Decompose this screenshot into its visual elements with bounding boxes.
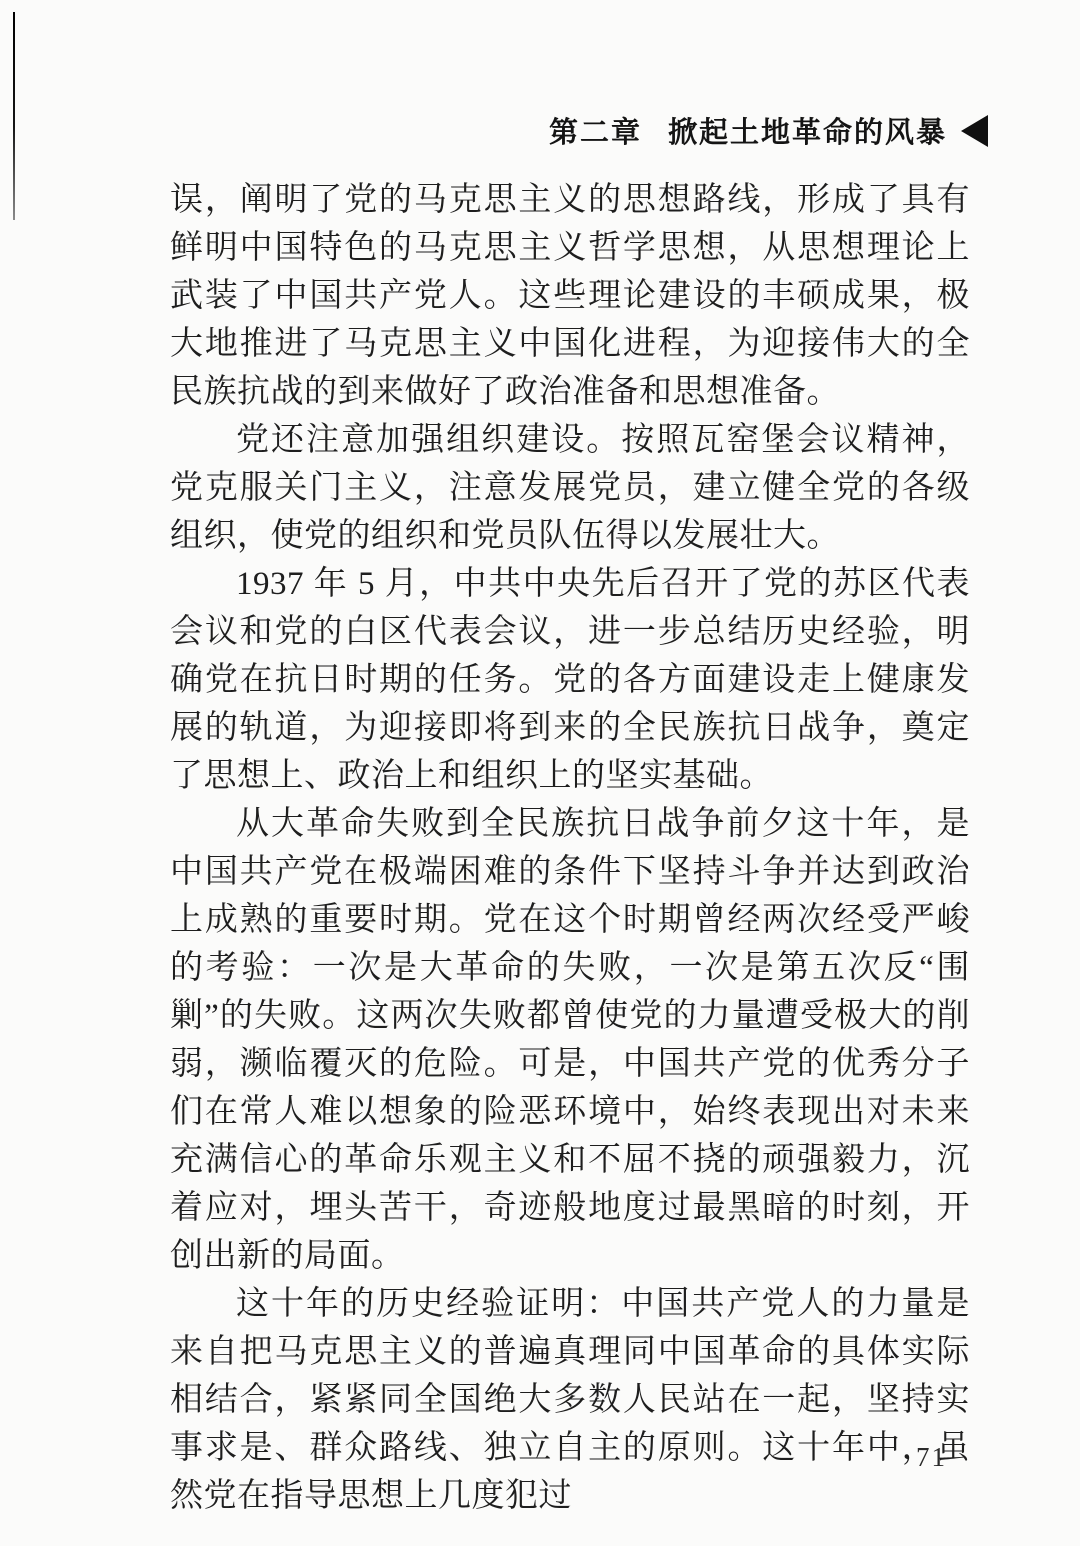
page-number: 71 bbox=[916, 1442, 947, 1473]
running-header: 第二章 掀起土地革命的风暴 bbox=[549, 110, 988, 151]
paragraph: 从大革命失败到全民族抗日战争前夕这十年，是中国共产党在极端困难的条件下坚持斗争并… bbox=[170, 800, 970, 1280]
page-body-text: 误，阐明了党的马克思主义的思想路线，形成了具有鲜明中国特色的马克思主义哲学思想，… bbox=[170, 176, 970, 1520]
paragraph: 误，阐明了党的马克思主义的思想路线，形成了具有鲜明中国特色的马克思主义哲学思想，… bbox=[170, 176, 970, 416]
paragraph: 1937 年 5 月，中共中央先后召开了党的苏区代表会议和党的白区代表会议，进一… bbox=[170, 560, 970, 800]
left-triangle-icon bbox=[961, 115, 988, 147]
book-page: 第二章 掀起土地革命的风暴 误，阐明了党的马克思主义的思想路线，形成了具有鲜明中… bbox=[0, 0, 1080, 1546]
scan-spine-line bbox=[13, 12, 15, 220]
paragraph: 党还注意加强组织建设。按照瓦窑堡会议精神，党克服关门主义，注意发展党员，建立健全… bbox=[170, 416, 970, 560]
chapter-title: 掀起土地革命的风暴 bbox=[668, 110, 947, 151]
paragraph: 这十年的历史经验证明：中国共产党人的力量是来自把马克思主义的普遍真理同中国革命的… bbox=[170, 1280, 970, 1520]
chapter-label: 第二章 bbox=[549, 110, 642, 151]
